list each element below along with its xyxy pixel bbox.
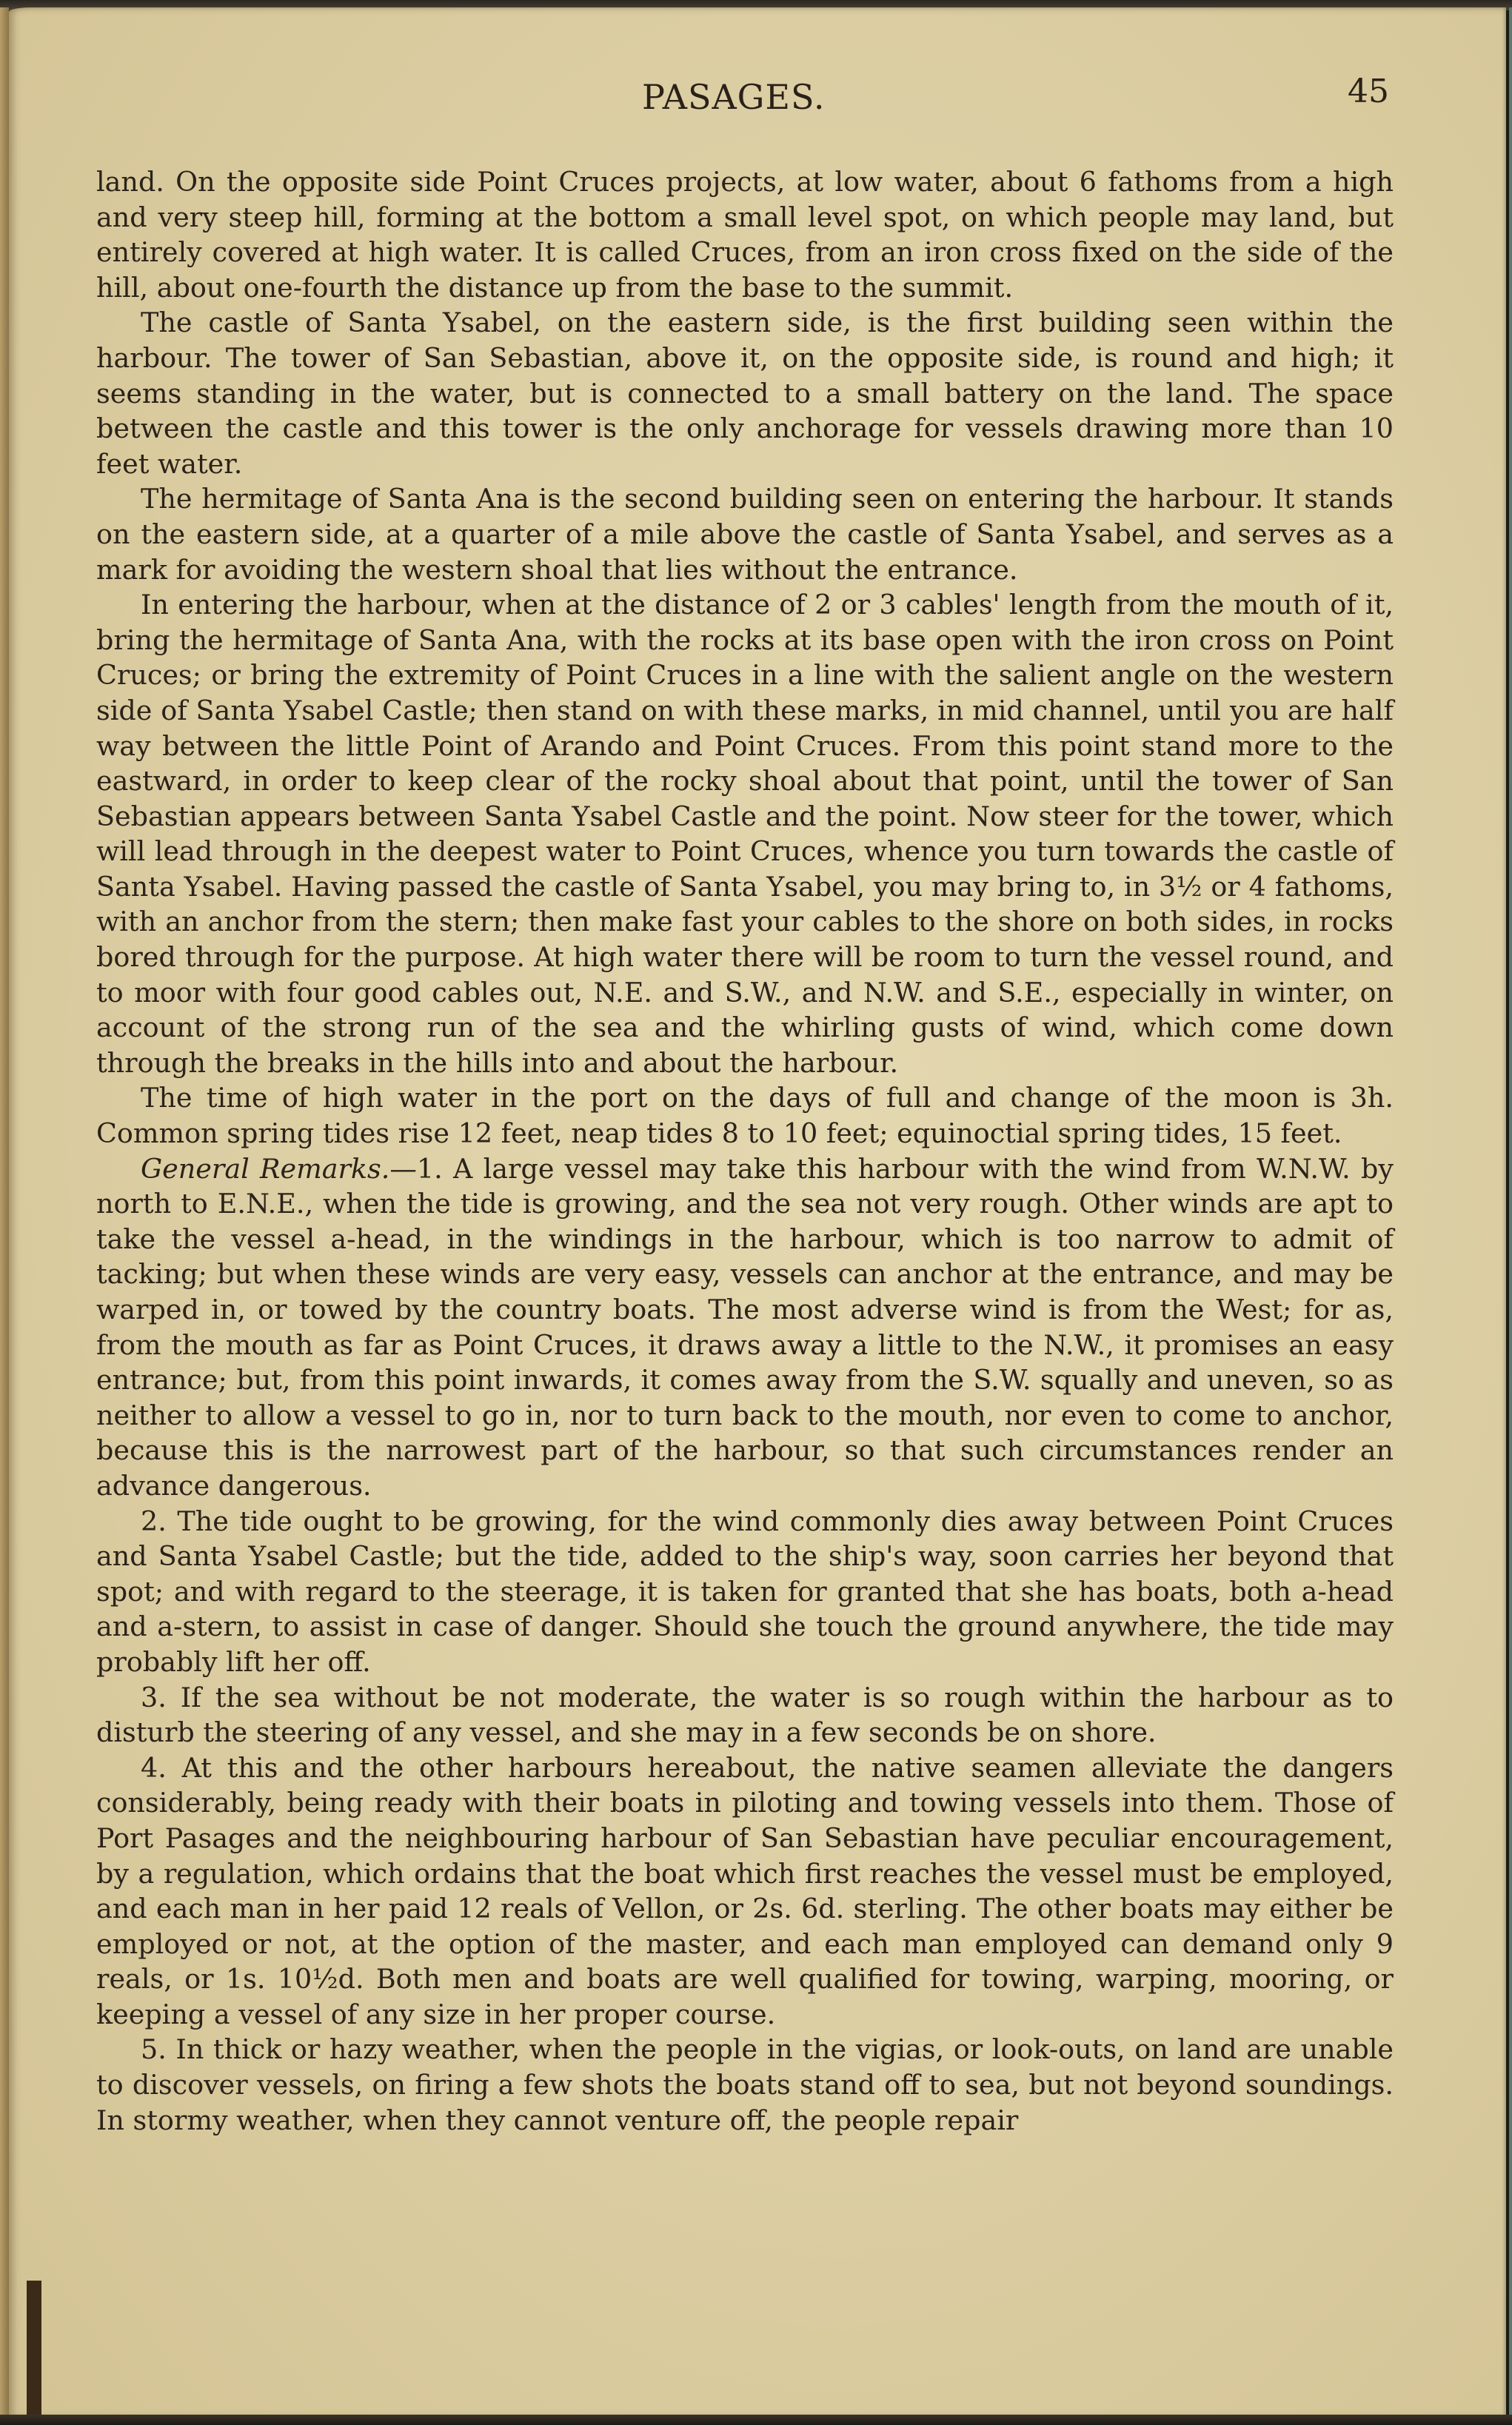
book-page: PASAGES. 45 land. On the opposite side P… xyxy=(9,7,1506,2418)
paragraph-hermitage-santa-ana: The hermitage of Santa Ana is the second… xyxy=(96,481,1394,587)
paragraph-continuation: land. On the opposite side Point Cruces … xyxy=(96,164,1394,305)
paragraph-general-remarks-1: General Remarks.—1. A large vessel may t… xyxy=(96,1151,1394,1504)
book-binding-bottom xyxy=(0,2415,1512,2425)
paragraph-high-water: The time of high water in the port on th… xyxy=(96,1080,1394,1151)
paragraph-remark-4: 4. At this and the other harbours hereab… xyxy=(96,1750,1394,2033)
paragraph-remark-5: 5. In thick or hazy weather, when the pe… xyxy=(96,2032,1394,2138)
paragraph-remark-3: 3. If the sea without be not moderate, t… xyxy=(96,1680,1394,1750)
page-right-edge xyxy=(1509,7,1512,2418)
paragraph-entering-harbour: In entering the harbour, when at the dis… xyxy=(96,587,1394,1080)
general-remarks-heading: General Remarks. xyxy=(141,1153,389,1185)
page-left-edge xyxy=(0,7,9,2421)
page-number: 45 xyxy=(1348,73,1389,110)
paragraph-remark-2: 2. The tide ought to be growing, for the… xyxy=(96,1504,1394,1680)
page-header: PASAGES. 45 xyxy=(9,73,1506,124)
spine-shadow xyxy=(27,2281,41,2421)
remark-1-text: —1. A large vessel may take this harbour… xyxy=(96,1153,1394,1502)
running-head: PASAGES. xyxy=(642,77,826,117)
paragraph-castle-santa-ysabel: The castle of Santa Ysabel, on the easte… xyxy=(96,305,1394,481)
body-text: land. On the opposite side Point Cruces … xyxy=(96,164,1394,2138)
